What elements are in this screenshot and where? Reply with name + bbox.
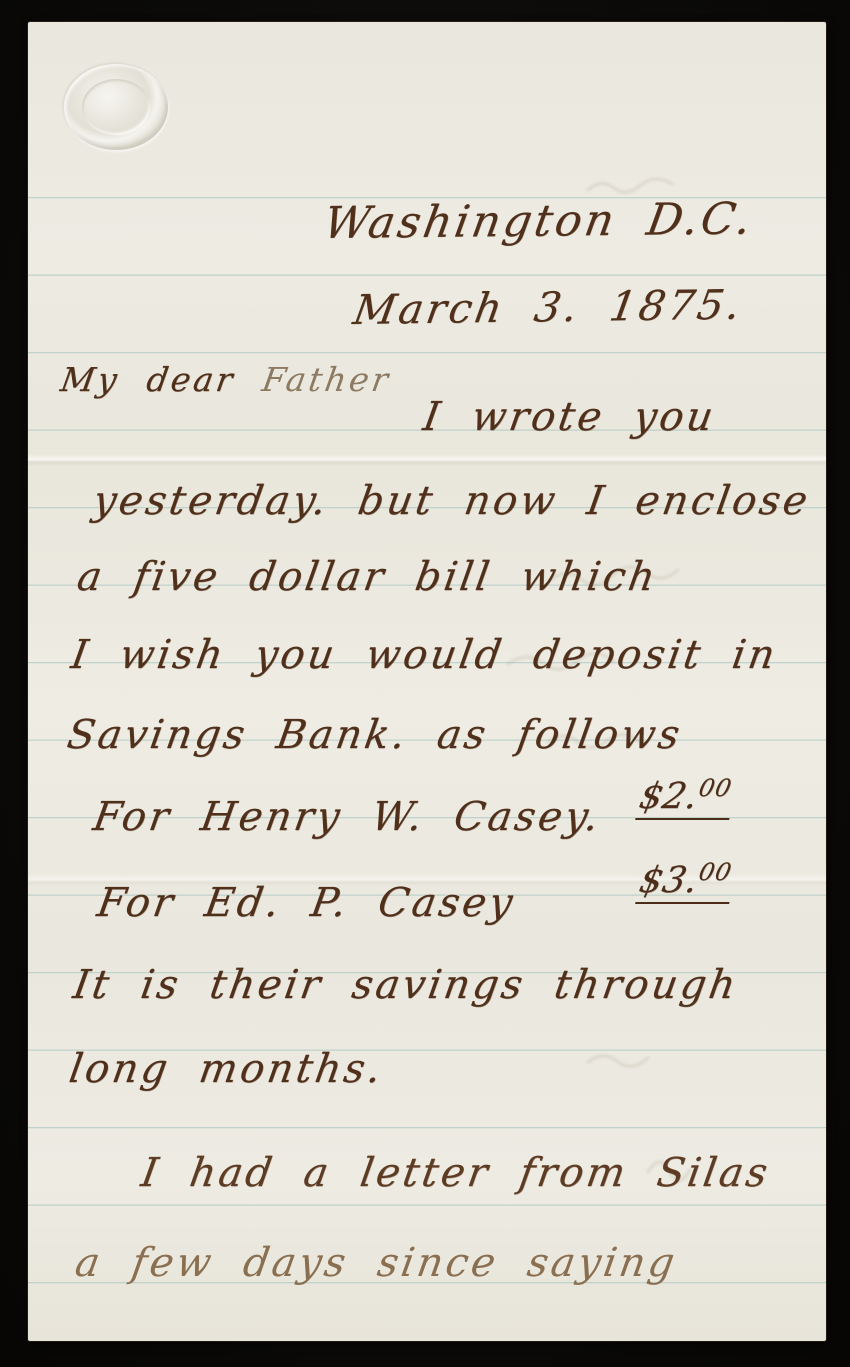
amount-cents: 00 [696,774,734,802]
amount-dollars: $3. [636,860,702,901]
ledger-amount: $2.00 [635,774,739,820]
body-line: a five dollar bill which [74,554,661,600]
ledger-payee: For Ed. P. Casey [94,880,519,926]
fold-crease-upper [28,454,826,466]
body-line: yesterday. but now I enclose [90,478,814,524]
body-line: I had a letter from Silas [138,1150,773,1196]
body-line: It is their savings through [70,962,742,1008]
letter-page: Washington D.C. March 3. 1875. My dear F… [28,22,826,1341]
body-line: Savings Bank. as follows [64,712,686,758]
salutation-name: Father [260,360,394,399]
salutation-opening: My dear [58,360,238,399]
photograph-background: Washington D.C. March 3. 1875. My dear F… [0,0,850,1367]
body-line: a few days since saying [72,1240,681,1286]
salutation: My dear Father [58,360,394,399]
dateline-date: March 3. 1875. [350,281,747,334]
ledger-amount: $3.00 [635,858,739,904]
amount-dollars: $2. [636,776,702,817]
body-line: I wrote you [420,394,719,440]
ledger-payee: For Henry W. Casey. [90,794,605,840]
body-line: I wish you would deposit in [68,632,781,678]
amount-cents: 00 [696,858,734,886]
embossed-stationery-seal [64,64,168,150]
dateline-place: Washington D.C. [320,194,758,249]
body-line: long months. [66,1046,387,1092]
